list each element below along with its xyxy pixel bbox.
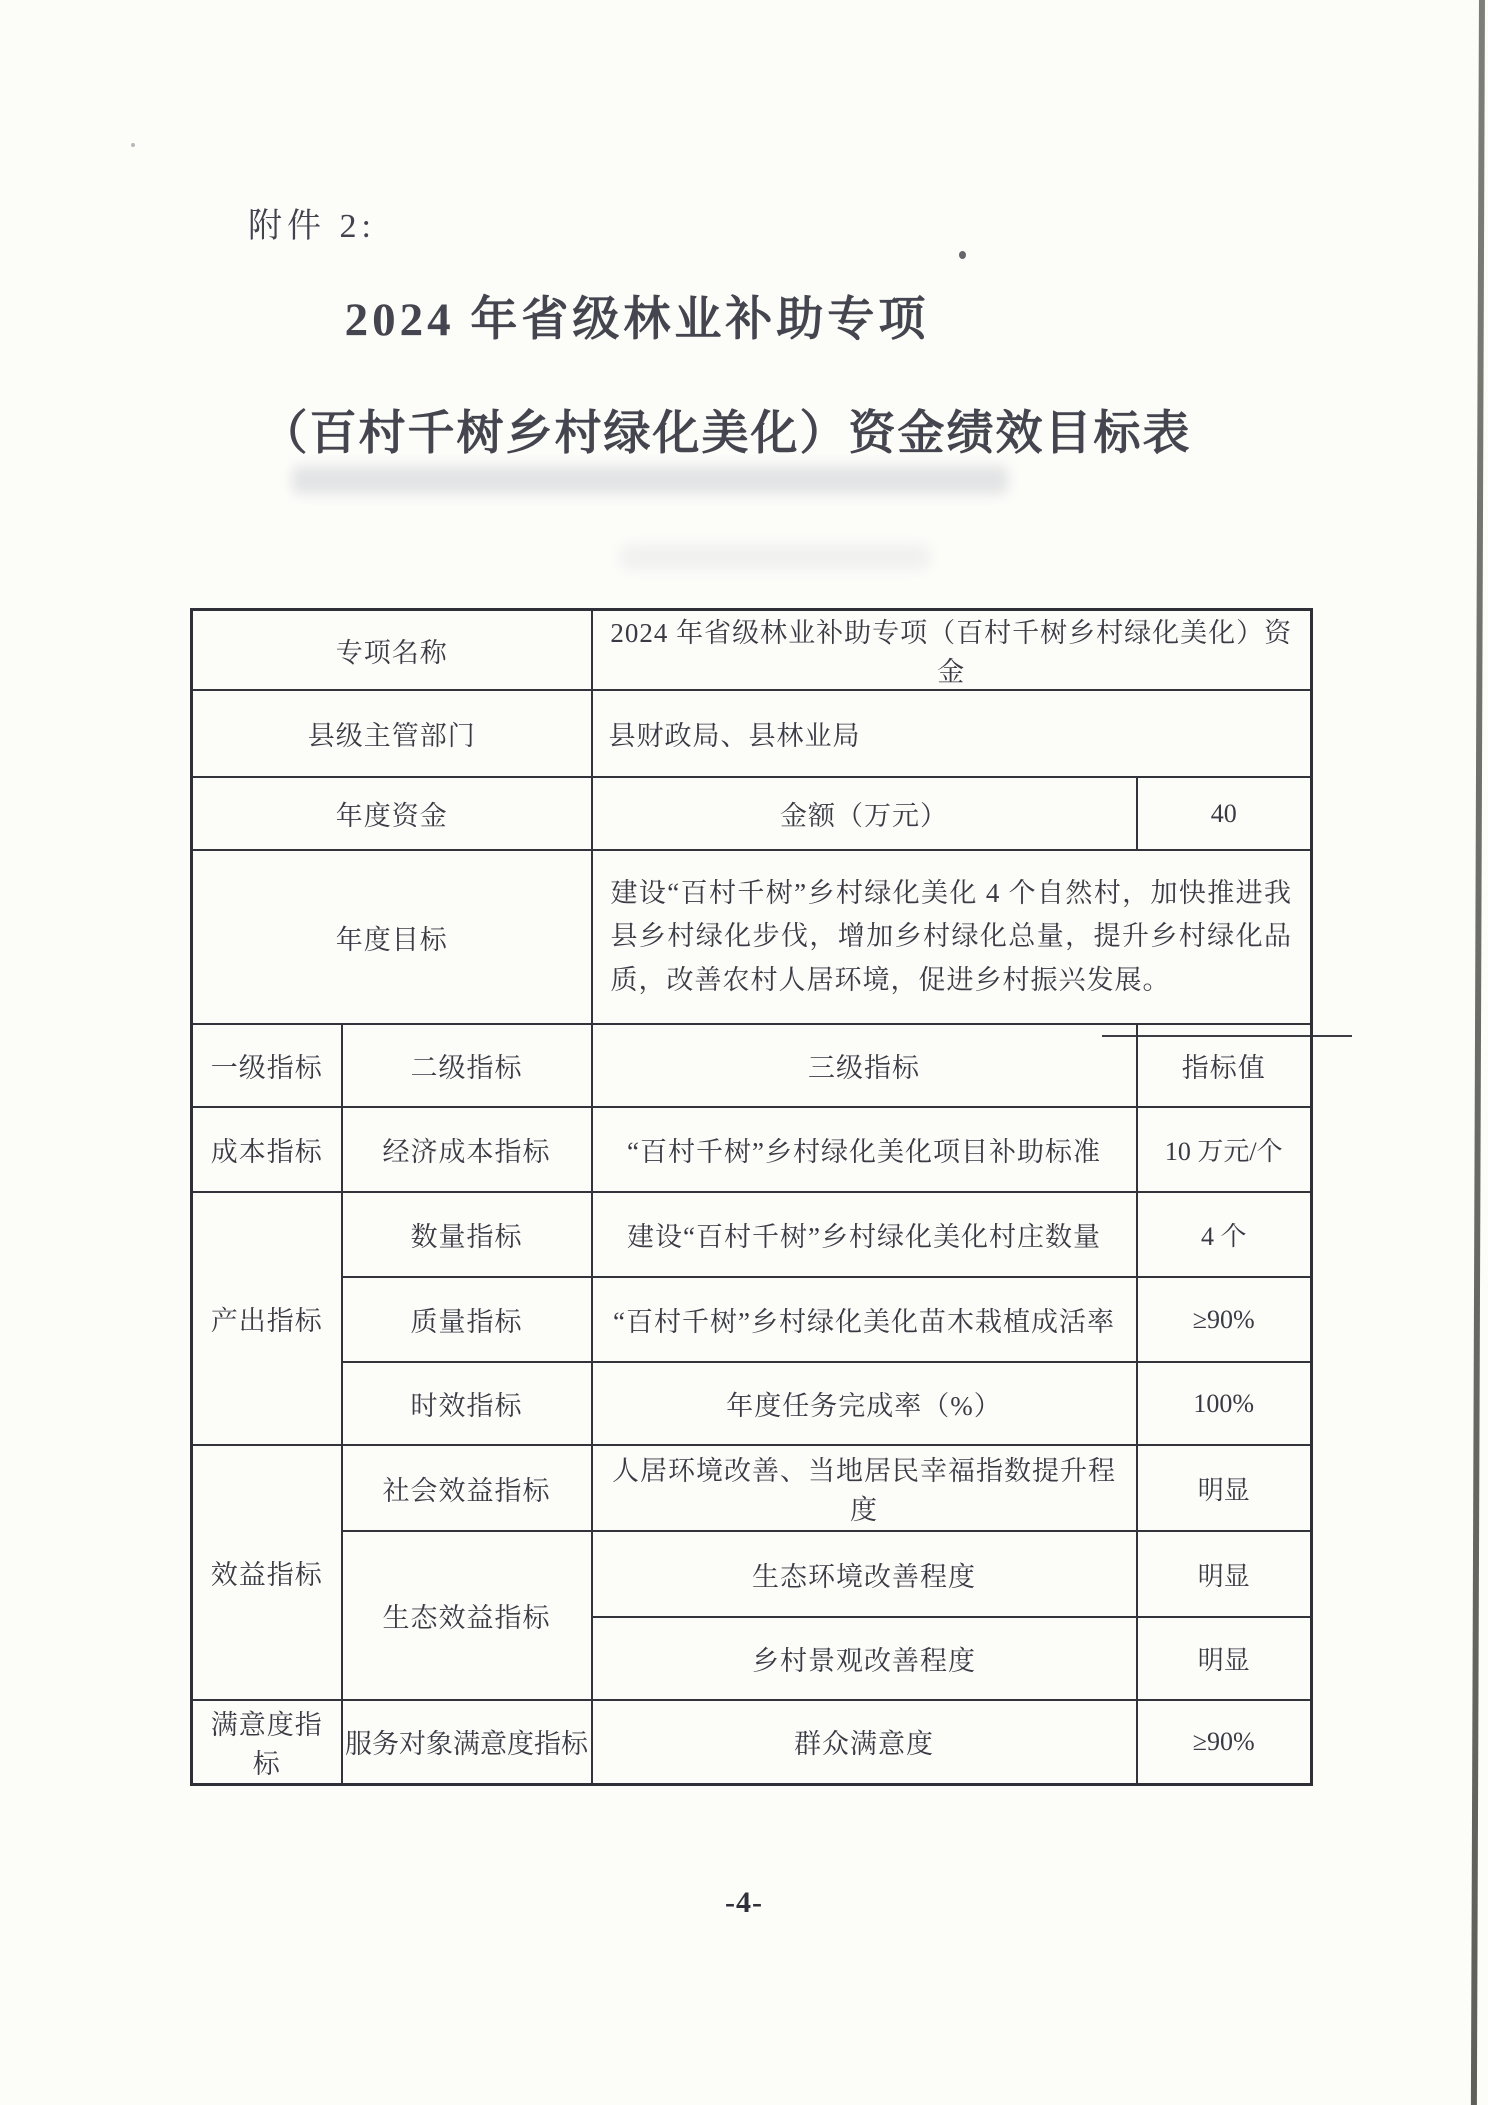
row-project-name: 专项名称 2024 年省级林业补助专项（百村千树乡村绿化美化）资金 — [192, 610, 1312, 691]
cell-satisfaction-level1: 满意度指标 — [192, 1700, 342, 1784]
row-output-quantity: 产出指标 数量指标 建设“百村千树”乡村绿化美化村庄数量 4 个 — [192, 1192, 1312, 1277]
cell-cost-value: 10 万元/个 — [1137, 1107, 1312, 1192]
row-department: 县级主管部门 县财政局、县林业局 — [192, 690, 1312, 777]
cell-output-level1: 产出指标 — [192, 1192, 342, 1445]
cell-output-timeliness-level2: 时效指标 — [342, 1362, 592, 1445]
cell-benefit-eco-env-value: 明显 — [1137, 1531, 1312, 1617]
cell-output-quality-level2: 质量指标 — [342, 1277, 592, 1362]
scan-speck — [959, 251, 966, 259]
row-annual-fund: 年度资金 金额（万元） 40 — [192, 777, 1312, 850]
cell-satisfaction-level2: 服务对象满意度指标 — [342, 1700, 592, 1784]
scan-speck — [131, 143, 135, 147]
scanned-page: 附件 2: 2024 年省级林业补助专项 （百村千树乡村绿化美化）资金绩效目标表… — [0, 0, 1488, 2105]
cell-benefit-eco-env-level3: 生态环境改善程度 — [592, 1531, 1137, 1617]
cell-satisfaction-value: ≥90% — [1137, 1700, 1312, 1784]
header-level1: 一级指标 — [192, 1024, 342, 1107]
scan-bleedthrough-artifact — [292, 466, 1008, 494]
cell-output-timeliness-level3: 年度任务完成率（%） — [592, 1362, 1137, 1445]
header-level3: 三级指标 — [592, 1024, 1137, 1107]
document-title-line1: 2024 年省级林业补助专项 — [0, 282, 1274, 349]
cell-project-name-value: 2024 年省级林业补助专项（百村千树乡村绿化美化）资金 — [592, 610, 1312, 691]
row-output-quality: 质量指标 “百村千树”乡村绿化美化苗木栽植成活率 ≥90% — [192, 1277, 1312, 1362]
cell-annual-fund-label: 年度资金 — [192, 777, 592, 850]
cell-benefit-eco-level2: 生态效益指标 — [342, 1531, 592, 1700]
cell-annual-goal-value: 建设“百村千树”乡村绿化美化 4 个自然村，加快推进我县乡村绿化步伐，增加乡村绿… — [592, 850, 1312, 1024]
cell-output-quantity-value: 4 个 — [1137, 1192, 1312, 1277]
cell-benefit-social-level3: 人居环境改善、当地居民幸福指数提升程度 — [592, 1445, 1137, 1531]
cell-department-value: 县财政局、县林业局 — [592, 690, 1312, 777]
cell-output-timeliness-value: 100% — [1137, 1362, 1312, 1445]
document-title-line2: （百村千树乡村绿化美化）资金绩效目标表 — [0, 396, 1452, 463]
row-indicator-header: 一级指标 二级指标 三级指标 指标值 — [192, 1024, 1312, 1107]
attachment-label: 附件 2: — [248, 198, 376, 247]
cell-department-label: 县级主管部门 — [192, 690, 592, 777]
cell-annual-fund-amount: 40 — [1137, 777, 1312, 850]
cell-output-quality-level3: “百村千树”乡村绿化美化苗木栽植成活率 — [592, 1277, 1137, 1362]
cell-project-name-label: 专项名称 — [192, 610, 592, 691]
page-number: -4- — [0, 1886, 1488, 1920]
scan-edge-shadow — [1471, 0, 1485, 2105]
header-value: 指标值 — [1137, 1024, 1312, 1107]
row-output-timeliness: 时效指标 年度任务完成率（%） 100% — [192, 1362, 1312, 1445]
performance-target-table: 专项名称 2024 年省级林业补助专项（百村千树乡村绿化美化）资金 县级主管部门… — [190, 608, 1313, 1786]
cell-satisfaction-level3: 群众满意度 — [592, 1700, 1137, 1784]
cell-annual-goal-label: 年度目标 — [192, 850, 592, 1024]
cell-cost-level2: 经济成本指标 — [342, 1107, 592, 1192]
cell-cost-level1: 成本指标 — [192, 1107, 342, 1192]
row-cost-indicator: 成本指标 经济成本指标 “百村千树”乡村绿化美化项目补助标准 10 万元/个 — [192, 1107, 1312, 1192]
cell-output-quantity-level3: 建设“百村千树”乡村绿化美化村庄数量 — [592, 1192, 1137, 1277]
row-benefit-eco-environment: 生态效益指标 生态环境改善程度 明显 — [192, 1531, 1312, 1617]
row-satisfaction: 满意度指标 服务对象满意度指标 群众满意度 ≥90% — [192, 1700, 1312, 1784]
cell-cost-level3: “百村千树”乡村绿化美化项目补助标准 — [592, 1107, 1137, 1192]
header-level2: 二级指标 — [342, 1024, 592, 1107]
cell-benefit-social-level2: 社会效益指标 — [342, 1445, 592, 1531]
cell-annual-fund-unit: 金额（万元） — [592, 777, 1137, 850]
cell-output-quantity-level2: 数量指标 — [342, 1192, 592, 1277]
cell-benefit-eco-landscape-value: 明显 — [1137, 1617, 1312, 1700]
cell-benefit-eco-landscape-level3: 乡村景观改善程度 — [592, 1617, 1137, 1700]
scan-bleedthrough-artifact — [620, 545, 930, 569]
cell-benefit-level1: 效益指标 — [192, 1445, 342, 1700]
row-annual-goal: 年度目标 建设“百村千树”乡村绿化美化 4 个自然村，加快推进我县乡村绿化步伐，… — [192, 850, 1312, 1024]
row-benefit-social: 效益指标 社会效益指标 人居环境改善、当地居民幸福指数提升程度 明显 — [192, 1445, 1312, 1531]
cell-benefit-social-value: 明显 — [1137, 1445, 1312, 1531]
cell-output-quality-value: ≥90% — [1137, 1277, 1312, 1362]
